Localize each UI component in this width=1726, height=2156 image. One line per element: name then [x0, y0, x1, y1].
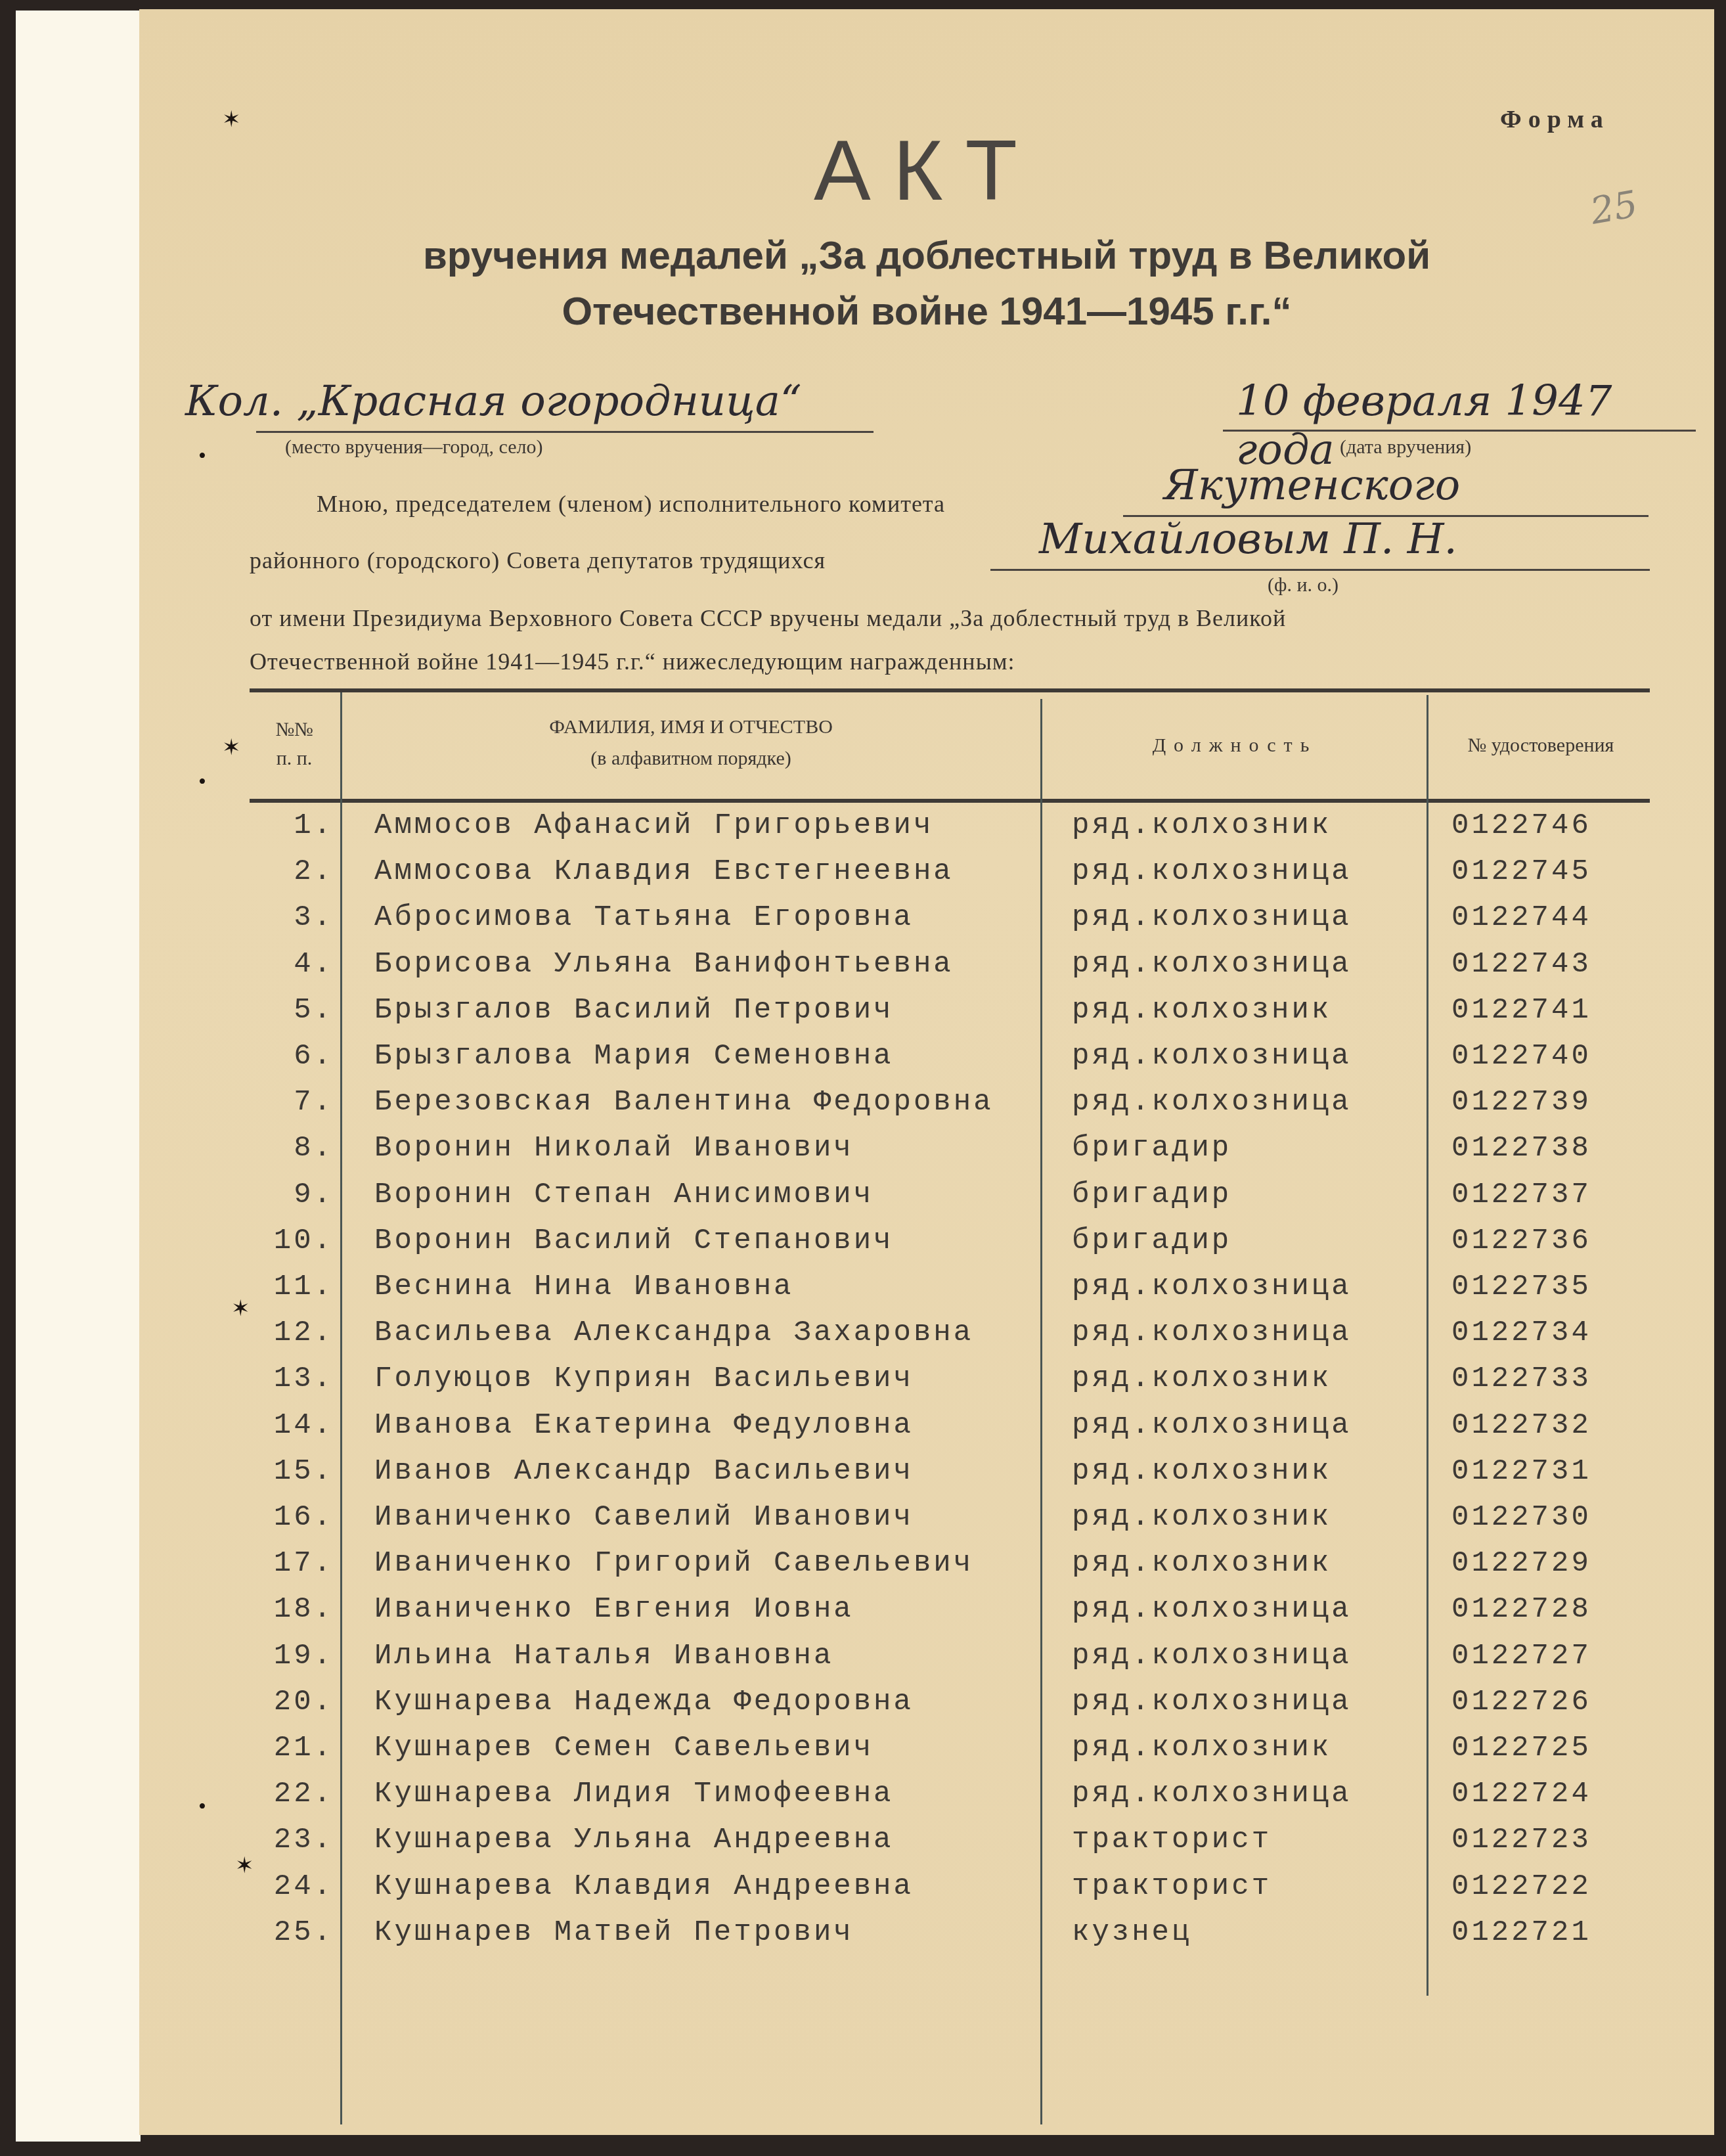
table-row: 17.Иваниченко Григорий Савельевичряд.кол…: [139, 1547, 1714, 1593]
awardee-position: ряд.колхозница: [1072, 1040, 1352, 1073]
certificate-number: 0122744: [1451, 901, 1591, 934]
row-number: 19.: [255, 1640, 334, 1673]
committee-value: Якутенского: [1164, 461, 1460, 510]
row-number: 3.: [255, 901, 334, 934]
awardee-position: ряд.колхозник: [1072, 1362, 1331, 1395]
awardee-name: Борисова Ульяна Ванифонтьевна: [374, 948, 954, 981]
place-underline: [256, 431, 874, 433]
place-caption: (место вручения—город, село): [285, 436, 543, 459]
table-row: 9.Воронин Степан Анисимовичбригадир01227…: [139, 1179, 1714, 1224]
punch-hole-icon: •: [198, 771, 206, 794]
awardee-position: ряд.колхозник: [1072, 1501, 1331, 1534]
awardee-name: Ильина Наталья Ивановна: [374, 1640, 833, 1673]
row-number: 16.: [255, 1501, 334, 1534]
table-row: 2.Аммосова Клавдия Евстегнеевнаряд.колхо…: [139, 855, 1714, 901]
punch-hole-icon: •: [198, 445, 206, 468]
awardee-position: ряд.колхозник: [1072, 994, 1331, 1027]
table-row: 15.Иванов Александр Васильевичряд.колхоз…: [139, 1455, 1714, 1501]
awardee-name: Кушнарева Ульяна Андреевна: [374, 1824, 894, 1856]
certificate-number: 0122730: [1451, 1501, 1591, 1534]
certificate-number: 0122746: [1451, 809, 1591, 842]
statement-line4: Отечественной войне 1941—1945 г.г.“ ниже…: [250, 648, 1015, 675]
row-number: 6.: [255, 1040, 334, 1073]
awardee-position: ряд.колхозница: [1072, 855, 1352, 888]
certificate-number: 0122741: [1451, 994, 1591, 1027]
certificate-number: 0122727: [1451, 1640, 1591, 1673]
row-number: 4.: [255, 948, 334, 981]
certificate-number: 0122736: [1451, 1224, 1591, 1257]
certificate-number: 0122722: [1451, 1870, 1591, 1903]
fio-caption: (ф. и. о.): [1268, 574, 1339, 596]
date-underline: [1223, 430, 1696, 432]
table-row: 3.Абросимова Татьяна Егоровнаряд.колхозн…: [139, 901, 1714, 947]
table-row: 18.Иваниченко Евгения Иовнаряд.колхозниц…: [139, 1593, 1714, 1639]
certificate-number: 0122726: [1451, 1686, 1591, 1718]
table-row: 14.Иванова Екатерина Федуловнаряд.колхоз…: [139, 1409, 1714, 1455]
row-number: 5.: [255, 994, 334, 1027]
awardee-position: ряд.колхозник: [1072, 1455, 1331, 1488]
table-header-rule: [250, 799, 1650, 803]
awardee-position: ряд.колхозница: [1072, 1686, 1352, 1718]
fio-underline: [990, 569, 1650, 571]
certificate-number: 0122743: [1451, 948, 1591, 981]
awardee-name: Абросимова Татьяна Егоровна: [374, 901, 914, 934]
awardee-name: Кушнарева Надежда Федоровна: [374, 1686, 914, 1718]
awardee-position: бригадир: [1072, 1132, 1231, 1165]
awardee-name: Иванова Екатерина Федуловна: [374, 1409, 914, 1442]
row-number: 13.: [255, 1362, 334, 1395]
awardee-position: ряд.колхозница: [1072, 1409, 1352, 1442]
table-row: 24.Кушнарева Клавдия Андреевнатракторист…: [139, 1870, 1714, 1916]
punch-hole-icon: ✶: [222, 737, 241, 759]
certificate-number: 0122740: [1451, 1040, 1591, 1073]
certificate-number: 0122724: [1451, 1778, 1591, 1810]
document-subtitle-line2: Отечественной войне 1941—1945 г.г.“: [139, 288, 1714, 334]
table-row: 22.Кушнарева Лидия Тимофеевнаряд.колхозн…: [139, 1778, 1714, 1824]
row-number: 11.: [255, 1270, 334, 1303]
row-number: 25.: [255, 1916, 334, 1949]
header-name: ФАМИЛИЯ, ИМЯ И ОТЧЕСТВО (в алфавитном по…: [343, 716, 1039, 770]
table-row: 8.Воронин Николай Ивановичбригадир012273…: [139, 1132, 1714, 1178]
awardee-name: Иванов Александр Васильевич: [374, 1455, 914, 1488]
awardee-position: ряд.колхозница: [1072, 1270, 1352, 1303]
table-row: 16.Иваниченко Савелий Ивановичряд.колхоз…: [139, 1501, 1714, 1547]
document-title: АКТ: [139, 121, 1714, 219]
certificate-number: 0122739: [1451, 1086, 1591, 1119]
awardee-name: Аммосова Клавдия Евстегнеевна: [374, 855, 954, 888]
awardee-name: Брызгалов Василий Петрович: [374, 994, 894, 1027]
table-row: 10.Воронин Василий Степановичбригадир012…: [139, 1224, 1714, 1270]
awardee-name: Веснина Нина Ивановна: [374, 1270, 794, 1303]
header-certificate: № удостоверения: [1429, 734, 1652, 757]
table-top-rule: [250, 688, 1650, 692]
row-number: 7.: [255, 1086, 334, 1119]
awardee-position: ряд.колхозница: [1072, 1316, 1352, 1349]
place-value: Кол. „Красная огородница“: [185, 377, 802, 426]
row-number: 2.: [255, 855, 334, 888]
table-row: 12.Васильева Александра Захаровнаряд.кол…: [139, 1316, 1714, 1362]
certificate-number: 0122735: [1451, 1270, 1591, 1303]
archive-margin-strip: [16, 11, 141, 2142]
awardee-position: ряд.колхозница: [1072, 948, 1352, 981]
row-number: 17.: [255, 1547, 334, 1580]
awardee-name: Брызгалова Мария Семеновна: [374, 1040, 894, 1073]
date-caption: (дата вручения): [1340, 436, 1471, 459]
awardee-name: Аммосов Афанасий Григорьевич: [374, 809, 933, 842]
table-row: 25.Кушнарев Матвей Петровичкузнец0122721: [139, 1916, 1714, 1962]
statement-line1: Мною, председателем (членом) исполнитель…: [317, 490, 945, 518]
row-number: 23.: [255, 1824, 334, 1856]
table-row: 21.Кушнарев Семен Савельевичряд.колхозни…: [139, 1732, 1714, 1778]
statement-line2: районного (городского) Совета депутатов …: [250, 547, 826, 574]
awardee-name: Иваниченко Савелий Иванович: [374, 1501, 914, 1534]
certificate-number: 0122734: [1451, 1316, 1591, 1349]
row-number: 15.: [255, 1455, 334, 1488]
table-row: 6.Брызгалова Мария Семеновнаряд.колхозни…: [139, 1040, 1714, 1086]
row-number: 21.: [255, 1732, 334, 1764]
header-name-line1: ФАМИЛИЯ, ИМЯ И ОТЧЕСТВО: [343, 716, 1039, 738]
row-number: 22.: [255, 1778, 334, 1810]
awardee-position: тракторист: [1072, 1870, 1272, 1903]
awardee-position: ряд.колхозник: [1072, 809, 1331, 842]
certificate-number: 0122725: [1451, 1732, 1591, 1764]
awardee-position: бригадир: [1072, 1179, 1231, 1211]
table-row: 7.Березовская Валентина Федоровнаряд.кол…: [139, 1086, 1714, 1132]
row-number: 9.: [255, 1179, 334, 1211]
awardee-name: Воронин Николай Иванович: [374, 1132, 854, 1165]
row-number: 14.: [255, 1409, 334, 1442]
table-row: 1.Аммосов Афанасий Григорьевичряд.колхоз…: [139, 809, 1714, 855]
certificate-number: 0122733: [1451, 1362, 1591, 1395]
certificate-number: 0122723: [1451, 1824, 1591, 1856]
awardee-name: Кушнарева Клавдия Андреевна: [374, 1870, 914, 1903]
table-row: 11.Веснина Нина Ивановнаряд.колхозница01…: [139, 1270, 1714, 1316]
awardee-position: ряд.колхозница: [1072, 1593, 1352, 1626]
date-value: 10 февраля 1947 года: [1236, 377, 1714, 474]
awardee-position: ряд.колхозница: [1072, 1778, 1352, 1810]
awardee-position: ряд.колхозница: [1072, 901, 1352, 934]
awardee-name: Воронин Степан Анисимович: [374, 1179, 874, 1211]
row-number: 8.: [255, 1132, 334, 1165]
fio-value: Михайловым П. Н.: [1039, 515, 1457, 564]
certificate-number: 0122729: [1451, 1547, 1591, 1580]
awardee-name: Иваниченко Евгения Иовна: [374, 1593, 854, 1626]
table-row: 13.Голуюцов Куприян Васильевичряд.колхоз…: [139, 1362, 1714, 1408]
table-row: 4.Борисова Ульяна Ванифонтьевнаряд.колхо…: [139, 948, 1714, 994]
awardee-name: Кушнарев Матвей Петрович: [374, 1916, 854, 1949]
certificate-number: 0122721: [1451, 1916, 1591, 1949]
awardee-name: Иваниченко Григорий Савельевич: [374, 1547, 973, 1580]
header-num: №№ п. п.: [255, 719, 334, 770]
statement-line3: от имени Президиума Верховного Совета СС…: [250, 604, 1286, 632]
header-name-line2: (в алфавитном порядке): [343, 748, 1039, 770]
awardee-position: ряд.колхозница: [1072, 1086, 1352, 1119]
row-number: 24.: [255, 1870, 334, 1903]
awardee-name: Васильева Александра Захаровна: [374, 1316, 973, 1349]
awardee-name: Кушнарев Семен Савельевич: [374, 1732, 874, 1764]
row-number: 1.: [255, 809, 334, 842]
header-num-line1: №№: [255, 719, 334, 741]
row-number: 12.: [255, 1316, 334, 1349]
awardee-position: ряд.колхозник: [1072, 1547, 1331, 1580]
awardee-position: тракторист: [1072, 1824, 1272, 1856]
certificate-number: 0122731: [1451, 1455, 1591, 1488]
document-page: ✶ • ✶ • ✶ • ✶ Форма 25 АКТ вручения меда…: [139, 9, 1714, 2135]
awardee-position: бригадир: [1072, 1224, 1231, 1257]
table-row: 23.Кушнарева Ульяна Андреевнатракторист0…: [139, 1824, 1714, 1870]
awardee-name: Кушнарева Лидия Тимофеевна: [374, 1778, 894, 1810]
table-row: 19.Ильина Наталья Ивановнаряд.колхозница…: [139, 1640, 1714, 1686]
awardee-position: ряд.колхозник: [1072, 1732, 1331, 1764]
awardee-name: Голуюцов Куприян Васильевич: [374, 1362, 914, 1395]
awardee-name: Воронин Василий Степанович: [374, 1224, 894, 1257]
awardee-position: ряд.колхозница: [1072, 1640, 1352, 1673]
row-number: 18.: [255, 1593, 334, 1626]
row-number: 10.: [255, 1224, 334, 1257]
certificate-number: 0122728: [1451, 1593, 1591, 1626]
table-row: 5.Брызгалов Василий Петровичряд.колхозни…: [139, 994, 1714, 1040]
certificate-number: 0122738: [1451, 1132, 1591, 1165]
document-subtitle-line1: вручения медалей „За доблестный труд в В…: [139, 233, 1714, 278]
table-row: 20.Кушнарева Надежда Федоровнаряд.колхоз…: [139, 1686, 1714, 1732]
header-num-line2: п. п.: [255, 748, 334, 770]
awardee-position: кузнец: [1072, 1916, 1191, 1949]
certificate-number: 0122732: [1451, 1409, 1591, 1442]
certificate-number: 0122745: [1451, 855, 1591, 888]
awardee-name: Березовская Валентина Федоровна: [374, 1086, 994, 1119]
row-number: 20.: [255, 1686, 334, 1718]
certificate-number: 0122737: [1451, 1179, 1591, 1211]
header-position: Должность: [1043, 734, 1427, 757]
